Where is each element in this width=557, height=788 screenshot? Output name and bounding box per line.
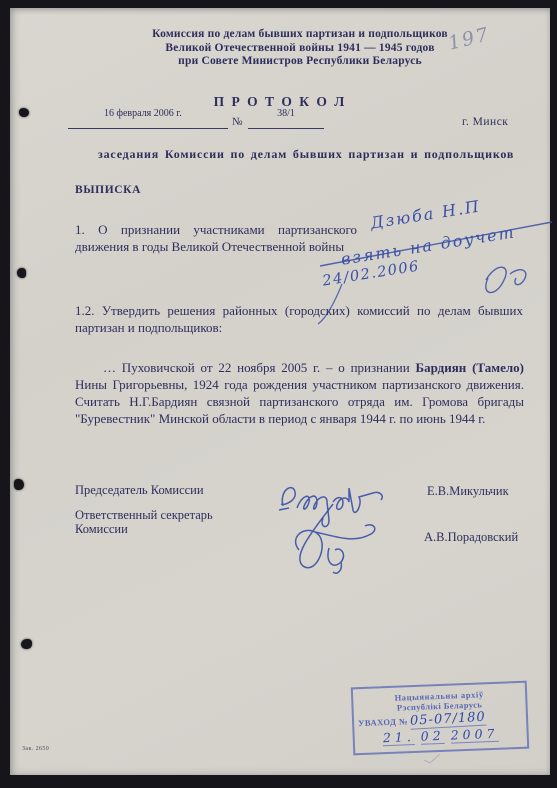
paper-sheet: Комиссия по делам бывших партизан и подп… — [10, 8, 550, 775]
ink-signatures — [245, 470, 425, 580]
number-underline — [248, 128, 324, 129]
decision-person-name: Бардиян (Тамело) — [416, 360, 524, 375]
secretary-signature — [296, 504, 375, 573]
chairman-label: Председатель Комиссии — [75, 483, 204, 497]
decision-paragraph: … Пуховичской от 22 ноября 2005 г. – о п… — [75, 359, 524, 427]
agenda-item-1: 1. О признании участниками партизанского… — [75, 222, 357, 255]
secretary-name: А.В.Порадовский — [424, 530, 518, 545]
decision-prefix: … Пуховичской от 22 ноября 2005 г. – о п… — [103, 360, 416, 375]
chairman-name: Е.В.Микульчик — [427, 484, 509, 499]
chairman-signature — [279, 488, 382, 527]
protocol-city: г. Минск — [462, 116, 508, 128]
scanned-protocol-document: Комиссия по делам бывших партизан и подп… — [0, 0, 557, 788]
secretary-label-line-1: Ответственный секретарь — [75, 508, 235, 522]
decision-rest: Нины Григорьевны, 1924 года рождения уча… — [75, 377, 524, 426]
protocol-number: 38/1 — [250, 108, 322, 119]
handwritten-note-instruction: взять на доучет — [340, 222, 517, 268]
stamp-entry-label: УВАХОД № — [358, 716, 408, 728]
protocol-date: 16 февраля 2006 г. — [104, 108, 182, 119]
secretary-label: Ответственный секретарь Комиссии — [75, 508, 235, 536]
date-underline — [68, 128, 228, 129]
protocol-subject: заседания Комиссии по делам бывших парти… — [98, 147, 538, 162]
stamp-date-year: 2007 — [450, 726, 498, 744]
excerpt-label: ВЫПИСКА — [75, 184, 141, 196]
print-order-mark: Зак. 2650 — [22, 746, 49, 752]
agenda-item-1-2: 1.2. Утвердить решения районных (городск… — [75, 302, 523, 336]
stamp-date-month: 02 — [420, 728, 445, 745]
handwritten-note-name: Дзюба Н.П — [369, 196, 482, 232]
punch-hole — [14, 479, 24, 490]
pencil-tick — [422, 752, 442, 764]
punch-hole — [17, 268, 26, 278]
punch-hole — [21, 639, 32, 649]
number-sign: № — [232, 116, 243, 128]
stamp-date-day: 21. — [383, 729, 415, 746]
archive-stamp: Нацыянальны архіў Рэспублікі Беларусь УВ… — [351, 681, 529, 756]
secretary-label-line-2: Комиссии — [75, 522, 235, 536]
letterhead-line-3: при Совете Министров Республики Беларусь — [60, 55, 540, 69]
